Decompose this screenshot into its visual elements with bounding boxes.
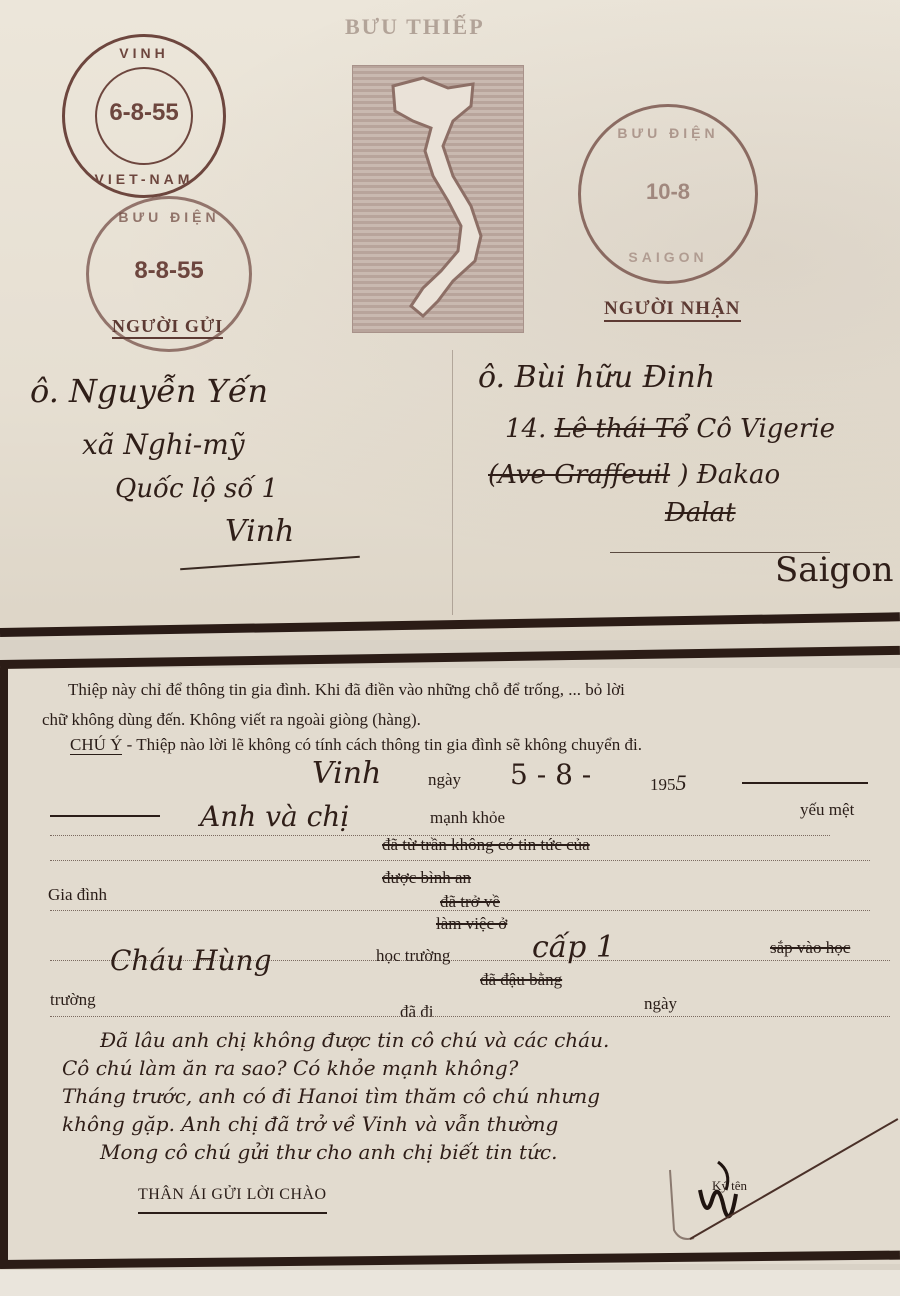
option-day: ngày <box>644 994 677 1014</box>
option-passed: đã đậu bằng <box>480 970 562 990</box>
page-strip <box>0 1270 900 1296</box>
option-healthy: mạnh khỏe <box>430 808 505 828</box>
signature-mark-icon <box>660 1160 770 1250</box>
form-left-rule <box>0 668 8 1268</box>
recipient-postmark: BƯU ĐIỆN 10-8 SAIGON <box>578 104 758 284</box>
option-sick: yếu mệt <box>800 800 854 820</box>
instruction-line-2: chữ không dùng đến. Không viết ra ngoài … <box>42 710 421 730</box>
vinh-postmark: VINH 6-8-55 VIET-NAM <box>62 34 226 198</box>
family-label: Gia đình <box>48 885 107 905</box>
instruction-line-1: Thiệp này chỉ để thông tin gia đình. Khi… <box>68 680 625 700</box>
postcard-title: BƯU THIẾP <box>345 14 485 40</box>
note-label: CHÚ Ý <box>70 735 122 755</box>
option-studying: học trường <box>376 946 450 966</box>
school-level-field: cấp 1 <box>532 930 615 965</box>
vietnam-map-icon <box>352 65 524 333</box>
option-went: đã đi <box>400 1002 434 1022</box>
recipient-label: NGƯỜI NHẬN <box>604 298 741 322</box>
form-top-rule <box>0 646 900 669</box>
year-field: 1955 <box>650 770 687 796</box>
school-label: trường <box>50 990 96 1010</box>
date-field: 5 - 8 - <box>510 758 591 791</box>
sender-label: NGƯỜI GỬI <box>112 316 223 339</box>
address-divider <box>452 350 453 615</box>
child-field: Cháu Hùng <box>110 944 272 977</box>
option-safe: được bình an <box>382 868 471 888</box>
closing-line: THÂN ÁI GỬI LỜI CHÀO <box>138 1186 327 1214</box>
option-working: làm việc ở <box>436 914 507 934</box>
note-line: CHÚ Ý - Thiệp nào lời lẽ không có tính c… <box>70 735 642 755</box>
subject-field: Anh và chị <box>200 800 349 833</box>
option-deceased: đã từ trần không có tin tức của <box>382 835 590 855</box>
option-enrolling: sắp vào học <box>770 938 850 958</box>
place-field: Vinh <box>312 756 381 791</box>
signature-label: Ký tên <box>712 1178 747 1194</box>
option-returned: đã trở về <box>440 892 500 912</box>
